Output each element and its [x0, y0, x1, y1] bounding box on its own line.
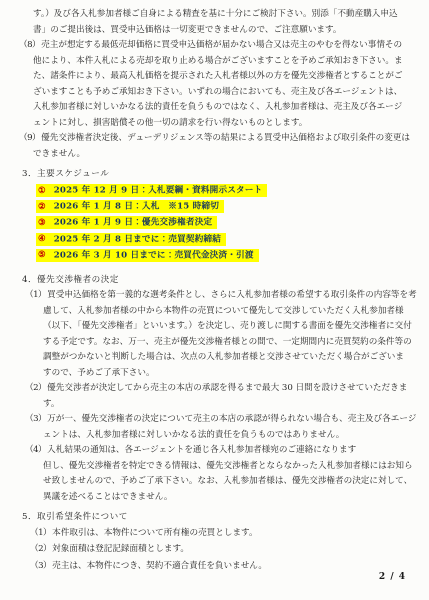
section-5-item-3: （3）売主は、本物件につき、契約不適合責任を負いません。 — [0, 558, 429, 574]
schedule-highlight: ②2026 年 1 月 8 日：入札 ※15 時締切 — [36, 200, 224, 213]
page-number: 2 / 4 — [379, 570, 406, 586]
schedule-item-2: ②2026 年 1 月 8 日：入札 ※15 時締切 — [0, 199, 429, 215]
section-4-item-2: （2）優先交渉者が決定してから売主の本店の承認を得るまで最大 30 日間を設けさ… — [0, 381, 429, 397]
item-marker: （3） — [30, 558, 51, 574]
schedule-highlight: ④2025 年 2 月 8 日までに：売買契約締結 — [36, 233, 226, 246]
section-4-item-1-line: する予定です。なお、万一、売主が優先交渉権者様との間で、一定期間内に売買契約の条… — [0, 335, 429, 351]
item-3-marker: （3） — [25, 412, 46, 428]
clause-8-line: た、諸条件により、最高入札価格を提示された入札者様以外の方を優先交渉権者とするこ… — [0, 69, 429, 85]
schedule-text-1: 2025 年 12 月 9 日：入札要綱・資料開示スタート — [54, 186, 263, 196]
section-5-item-2: （2）対象面積は登記記録面積とします。 — [0, 541, 429, 557]
schedule-highlight: ⑤2026 年 3 月 10 日までに：売買代金決済・引渡 — [36, 249, 259, 262]
schedule-item-5: ⑤2026 年 3 月 10 日までに：売買代金決済・引渡 — [0, 247, 429, 263]
schedule-number-1: ① — [38, 186, 46, 196]
clause-8: （8）売主が想定する最低売却価格に買受申込価格が届かない場合又は売主のやむを得な… — [0, 38, 429, 54]
section-4-item-1-line: すので、予めご了承下さい。 — [0, 366, 429, 382]
item-marker: （1） — [30, 525, 51, 541]
section-4-item-3: （3）万が一、優先交渉権者の決定について売主の本店の承認が得られない場合も、売主… — [0, 412, 429, 428]
section-4-item-1: （1）買受申込価格を第一義的な選考条件とし、さらに入札参加者様の希望する取引条件… — [0, 288, 429, 304]
schedule-number-2: ② — [38, 202, 46, 212]
clause-9-line: できません。 — [0, 147, 429, 163]
schedule-number-4: ④ — [38, 234, 46, 244]
intro-continuation-line: 書」のご提出後は、買受申込価格は一切変更できませんので、ご注意願います。 — [0, 23, 429, 39]
item-4-text: 入札結果の通知は、各エージェントを通じ各入札参加者様宛のご連絡になります — [47, 445, 356, 455]
section-4-item-1-line: 調整がつかないと判断した場合は、次点の入札参加者様と交渉させていただく場合がござ… — [0, 350, 429, 366]
section-3-heading: 3．主要スケジュール — [0, 167, 429, 183]
section-4-item-4-line: 異議を述べることはできません。 — [0, 490, 429, 506]
schedule-item-3: ③2026 年 1 月 9 日：優先交渉権者決定 — [0, 215, 429, 231]
schedule-highlight: ①2025 年 12 月 9 日：入札要綱・資料開示スタート — [36, 184, 267, 197]
item-3-text: 万が一、優先交渉権者の決定について売主の本店の承認が得られない場合も、売主及び各… — [47, 414, 416, 424]
clause-8-line: ざいますことも予めご承知おき下さい。いずれの場合においても、売主及び各エージェン… — [0, 85, 429, 101]
item-2-text: 優先交渉者が決定してから売主の本店の承認を得るまで最大 30 日間を設けさせてい… — [47, 383, 407, 393]
clause-8-line: 他により、本件入札による売却を取り止める場合がございますことを予めご承知おき下さ… — [0, 54, 429, 70]
item-1-marker: （1） — [25, 288, 46, 304]
item-text: 対象面積は登記記録面積とします。 — [52, 544, 189, 554]
item-4-marker: （4） — [25, 443, 46, 459]
schedule-text-2: 2026 年 1 月 8 日：入札 ※15 時締切 — [54, 202, 219, 212]
schedule-text-5: 2026 年 3 月 10 日までに：売買代金決済・引渡 — [54, 250, 254, 260]
document-page: す。）及び各入札参加者様ご自身による精査を基に十分にご検討下さい。別添「不動産購… — [0, 0, 429, 600]
section-4-item-2-line: す。 — [0, 397, 429, 413]
schedule-text-4: 2025 年 2 月 8 日までに：売買契約締結 — [54, 234, 221, 244]
section-4-item-4-line: せ致しませんので、予めご了承下さい。なお、入札参加者様は、優先交渉権者の決定に対… — [0, 474, 429, 490]
schedule-item-1: ①2025 年 12 月 9 日：入札要綱・資料開示スタート — [0, 183, 429, 199]
clause-8-text: 売主が想定する最低売却価格に買受申込価格が届かない場合又は売主のやむを得ない事情… — [41, 40, 402, 50]
section-4-item-1-line: 慮して、入札参加者様の中から本物件の売買について優先して交渉していただく入札参加… — [0, 304, 429, 320]
clause-9-marker: （9） — [19, 131, 40, 147]
clause-8-line: ェントに対し、損害賠償その他一切の請求を行い得ないものとします。 — [0, 116, 429, 132]
section-5-heading: 5．取引希望条件について — [0, 509, 429, 525]
item-2-marker: （2） — [25, 381, 46, 397]
section-4-item-4-line: 但し、優先交渉権者を特定できる情報は、優先交渉権者とならなかった入札参加者様には… — [0, 459, 429, 475]
schedule-item-4: ④2025 年 2 月 8 日までに：売買契約締結 — [0, 231, 429, 247]
schedule-highlight: ③2026 年 1 月 9 日：優先交渉権者決定 — [36, 216, 217, 229]
section-5-item-1: （1）本件取引は、本物件について所有権の売買とします。 — [0, 525, 429, 541]
schedule-number-5: ⑤ — [38, 250, 46, 260]
section-4-heading: 4．優先交渉権者の決定 — [0, 273, 429, 289]
item-text: 売主は、本物件につき、契約不適合責任を負いません。 — [52, 561, 267, 571]
item-marker: （2） — [30, 541, 51, 557]
clause-8-marker: （8） — [19, 38, 40, 54]
section-4-item-1-line: （以下、「優先交渉権者」といいます。）を決定し、売り渡しに関する書面を優先交渉権… — [0, 319, 429, 335]
clause-9: （9）優先交渉権者決定後、デューデリジェンス等の結果による買受申込価格および取引… — [0, 131, 429, 147]
section-4-item-3-line: ェントは、入札参加者様に対しいかなる法的責任を負うものではありません。 — [0, 428, 429, 444]
clause-8-line: 入札参加者様に対しいかなる法的責任を負うものではなく、入札参加者様は、売主及び各… — [0, 100, 429, 116]
section-4-item-4: （4）入札結果の通知は、各エージェントを通じ各入札参加者様宛のご連絡になります — [0, 443, 429, 459]
item-1-text: 買受申込価格を第一義的な選考条件とし、さらに入札参加者様の希望する取引条件の内容… — [47, 290, 417, 300]
item-text: 本件取引は、本物件について所有権の売買とします。 — [52, 528, 257, 538]
clause-9-text: 優先交渉権者決定後、デューデリジェンス等の結果による買受申込価格および取引条件の… — [41, 133, 410, 143]
intro-continuation-line: す。）及び各入札参加者様ご自身による精査を基に十分にご検討下さい。別添「不動産購… — [0, 7, 429, 23]
schedule-text-3: 2026 年 1 月 9 日：優先交渉権者決定 — [54, 218, 213, 228]
schedule-number-3: ③ — [38, 218, 46, 228]
